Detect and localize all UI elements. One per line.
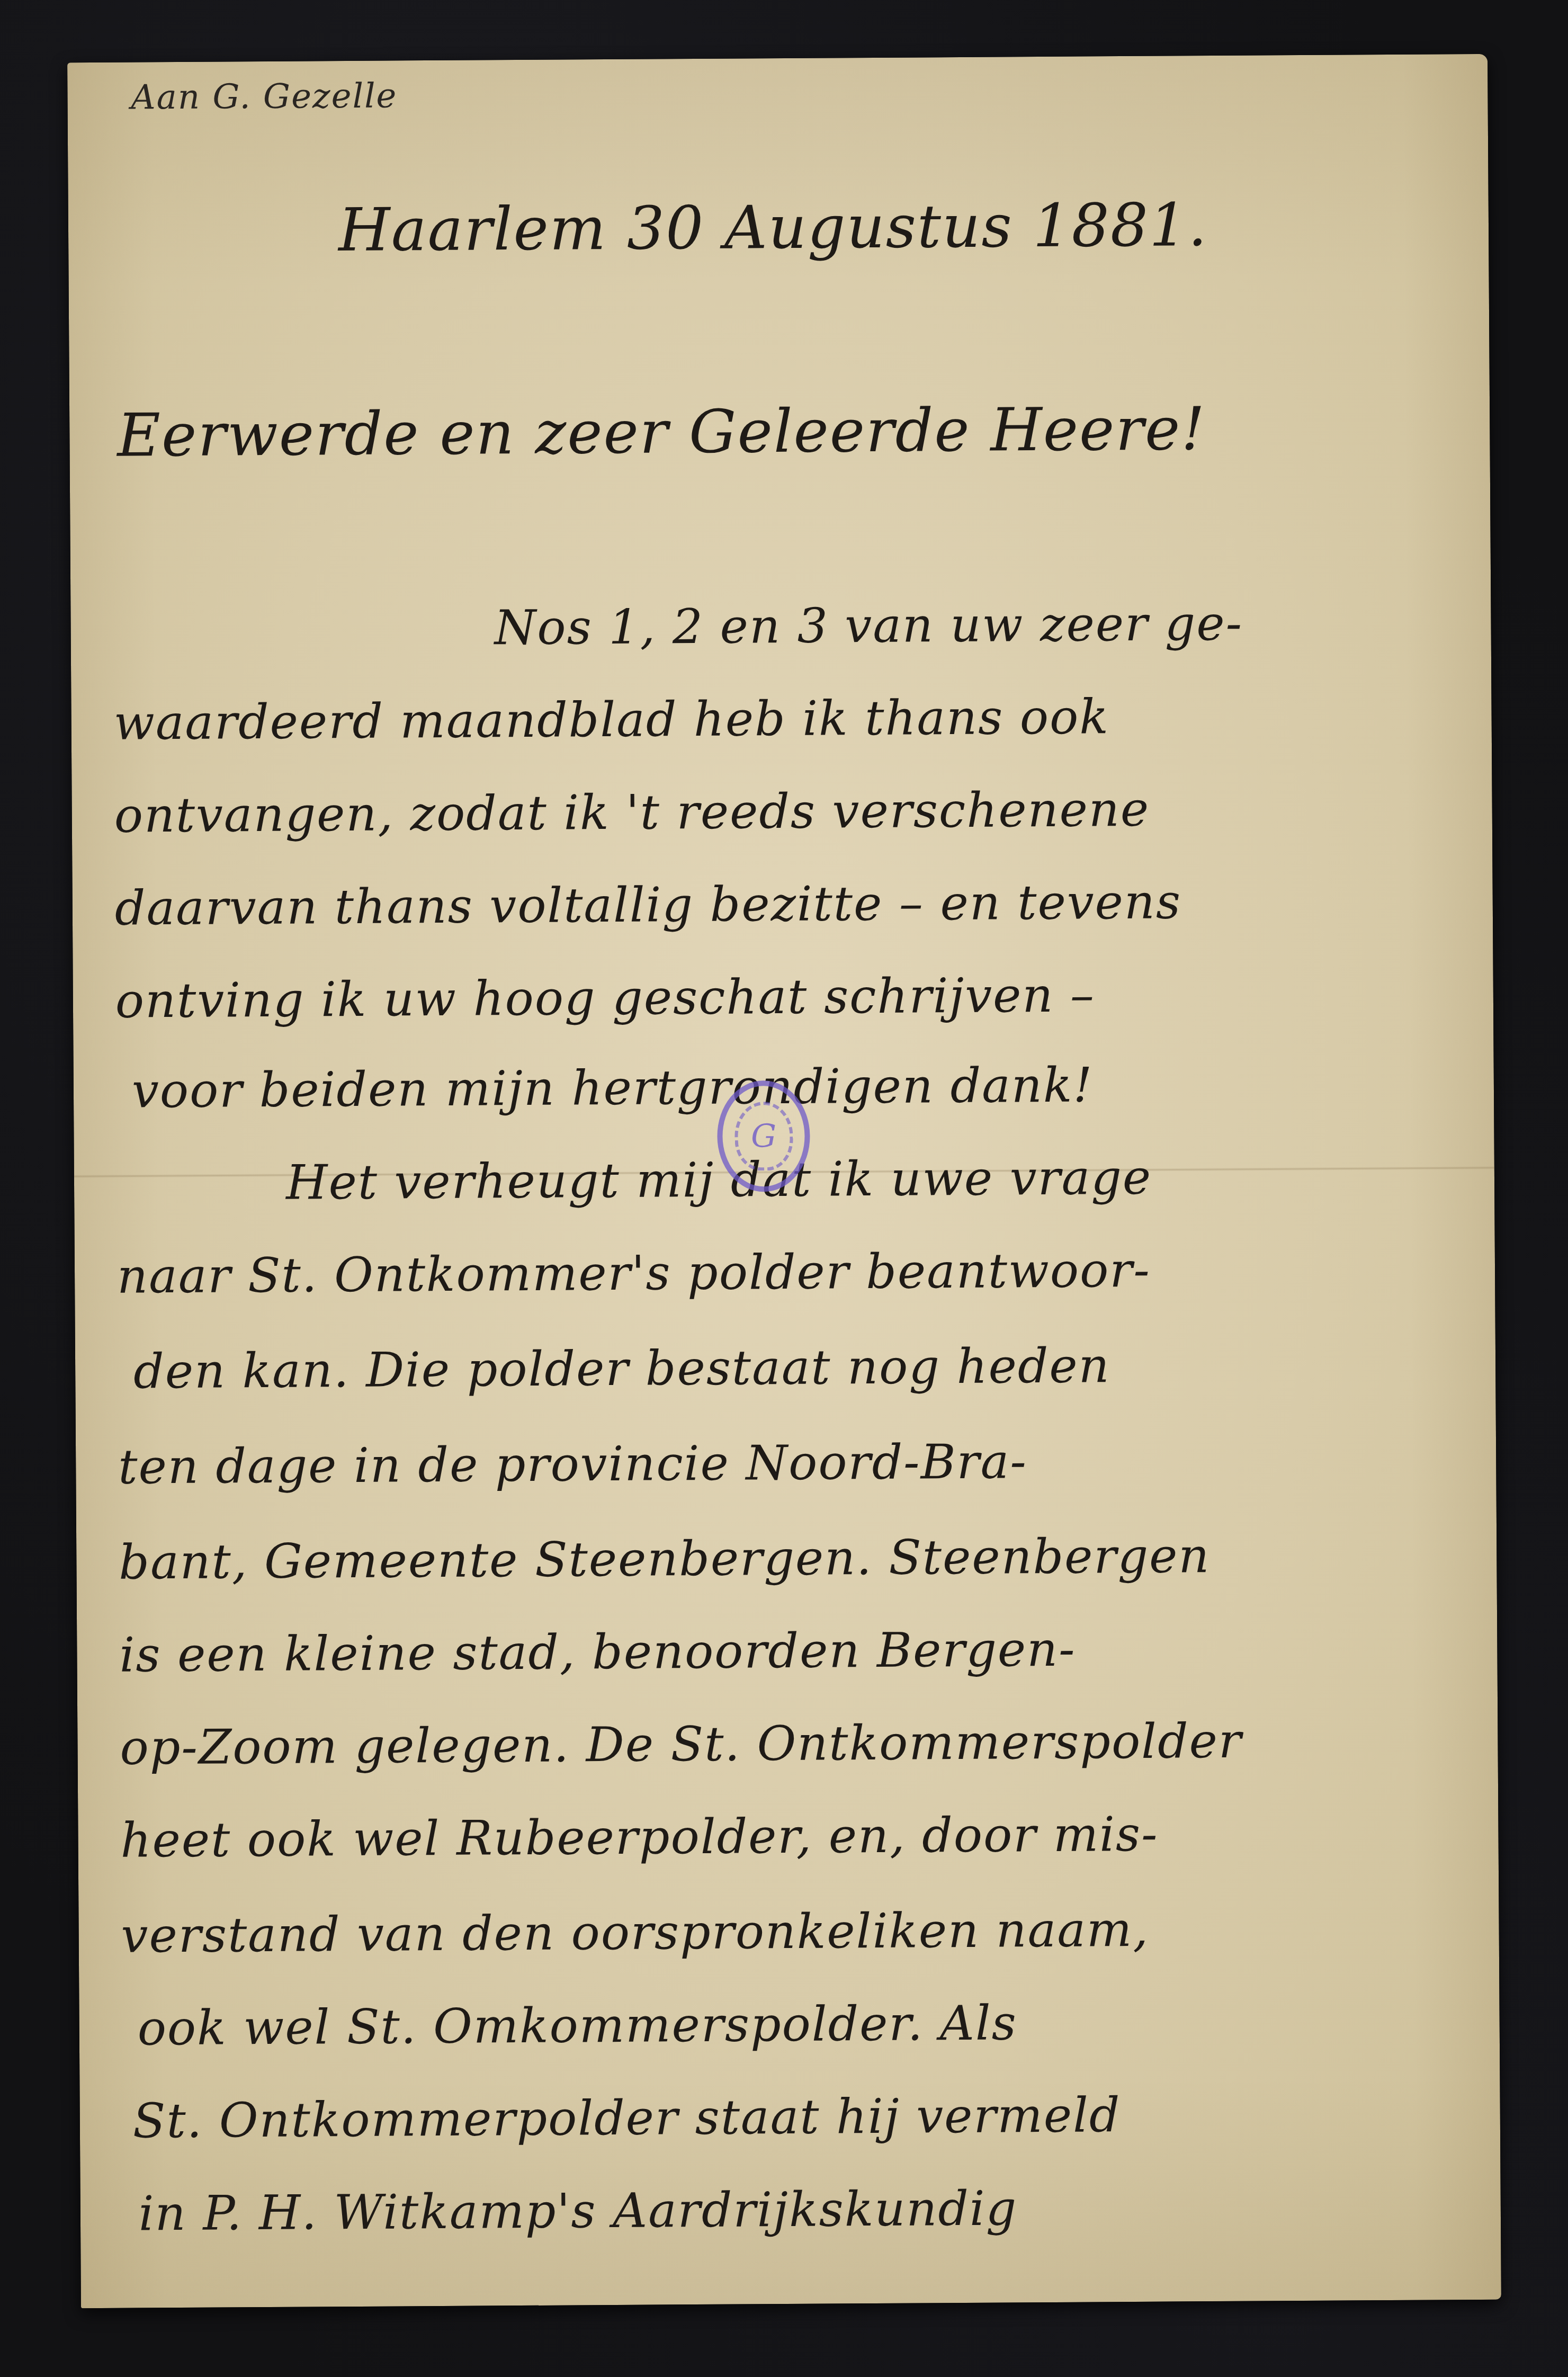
- body-line: ontving ik uw hoog geschat schrijven –: [115, 967, 1096, 1029]
- body-line: naar St. Ontkommer's polder beantwoor-: [117, 1243, 1151, 1304]
- body-line: ten dage in de provincie Noord-Bra-: [118, 1434, 1027, 1495]
- body-line: St. Ontkommerpolder staat hij vermeld: [132, 2087, 1121, 2149]
- body-line: Het verheugt mij dat ik uwe vrage: [286, 1150, 1152, 1211]
- body-line: in P. H. Witkamp's Aardrijkskundig: [139, 2181, 1018, 2241]
- salutation: Eerwerde en zeer Geleerde Heere!: [117, 395, 1206, 470]
- body-line: ontvangen, zodat ik 't reeds verschenene: [114, 782, 1150, 844]
- library-stamp: G: [717, 1080, 810, 1192]
- body-line: op-Zoom gelegen. De St. Ontkommerspolder: [120, 1713, 1242, 1776]
- stamp-monogram: G: [734, 1102, 793, 1171]
- body-line: voor beiden mijn hertgrondigen dank!: [132, 1057, 1094, 1119]
- body-line: ook wel St. Omkommerspolder. Als: [137, 1995, 1017, 2056]
- place-and-date: Haarlem 30 Augustus 1881.: [338, 191, 1208, 265]
- body-line: heet ook wel Rubeerpolder, en, door mis-: [120, 1807, 1159, 1869]
- body-line: is een kleine stad, benoorden Bergen-: [119, 1622, 1076, 1683]
- body-line: waardeerd maandblad heb ik thans ook: [113, 689, 1109, 750]
- archival-annotation: Aan G. Gezelle: [131, 76, 397, 117]
- body-line: verstand van den oorspronkeliken naam,: [121, 1902, 1149, 1964]
- body-line: bant, Gemeente Steenbergen. Steenbergen: [119, 1528, 1211, 1590]
- letter-page: Aan G. Gezelle Haarlem 30 Augustus 1881.…: [67, 54, 1501, 2308]
- body-line: den kan. Die polder bestaat nog heden: [133, 1338, 1110, 1399]
- body-line: daarvan thans voltallig bezitte – en tev…: [115, 874, 1182, 936]
- body-line: Nos 1, 2 en 3 van uw zeer ge-: [494, 596, 1243, 656]
